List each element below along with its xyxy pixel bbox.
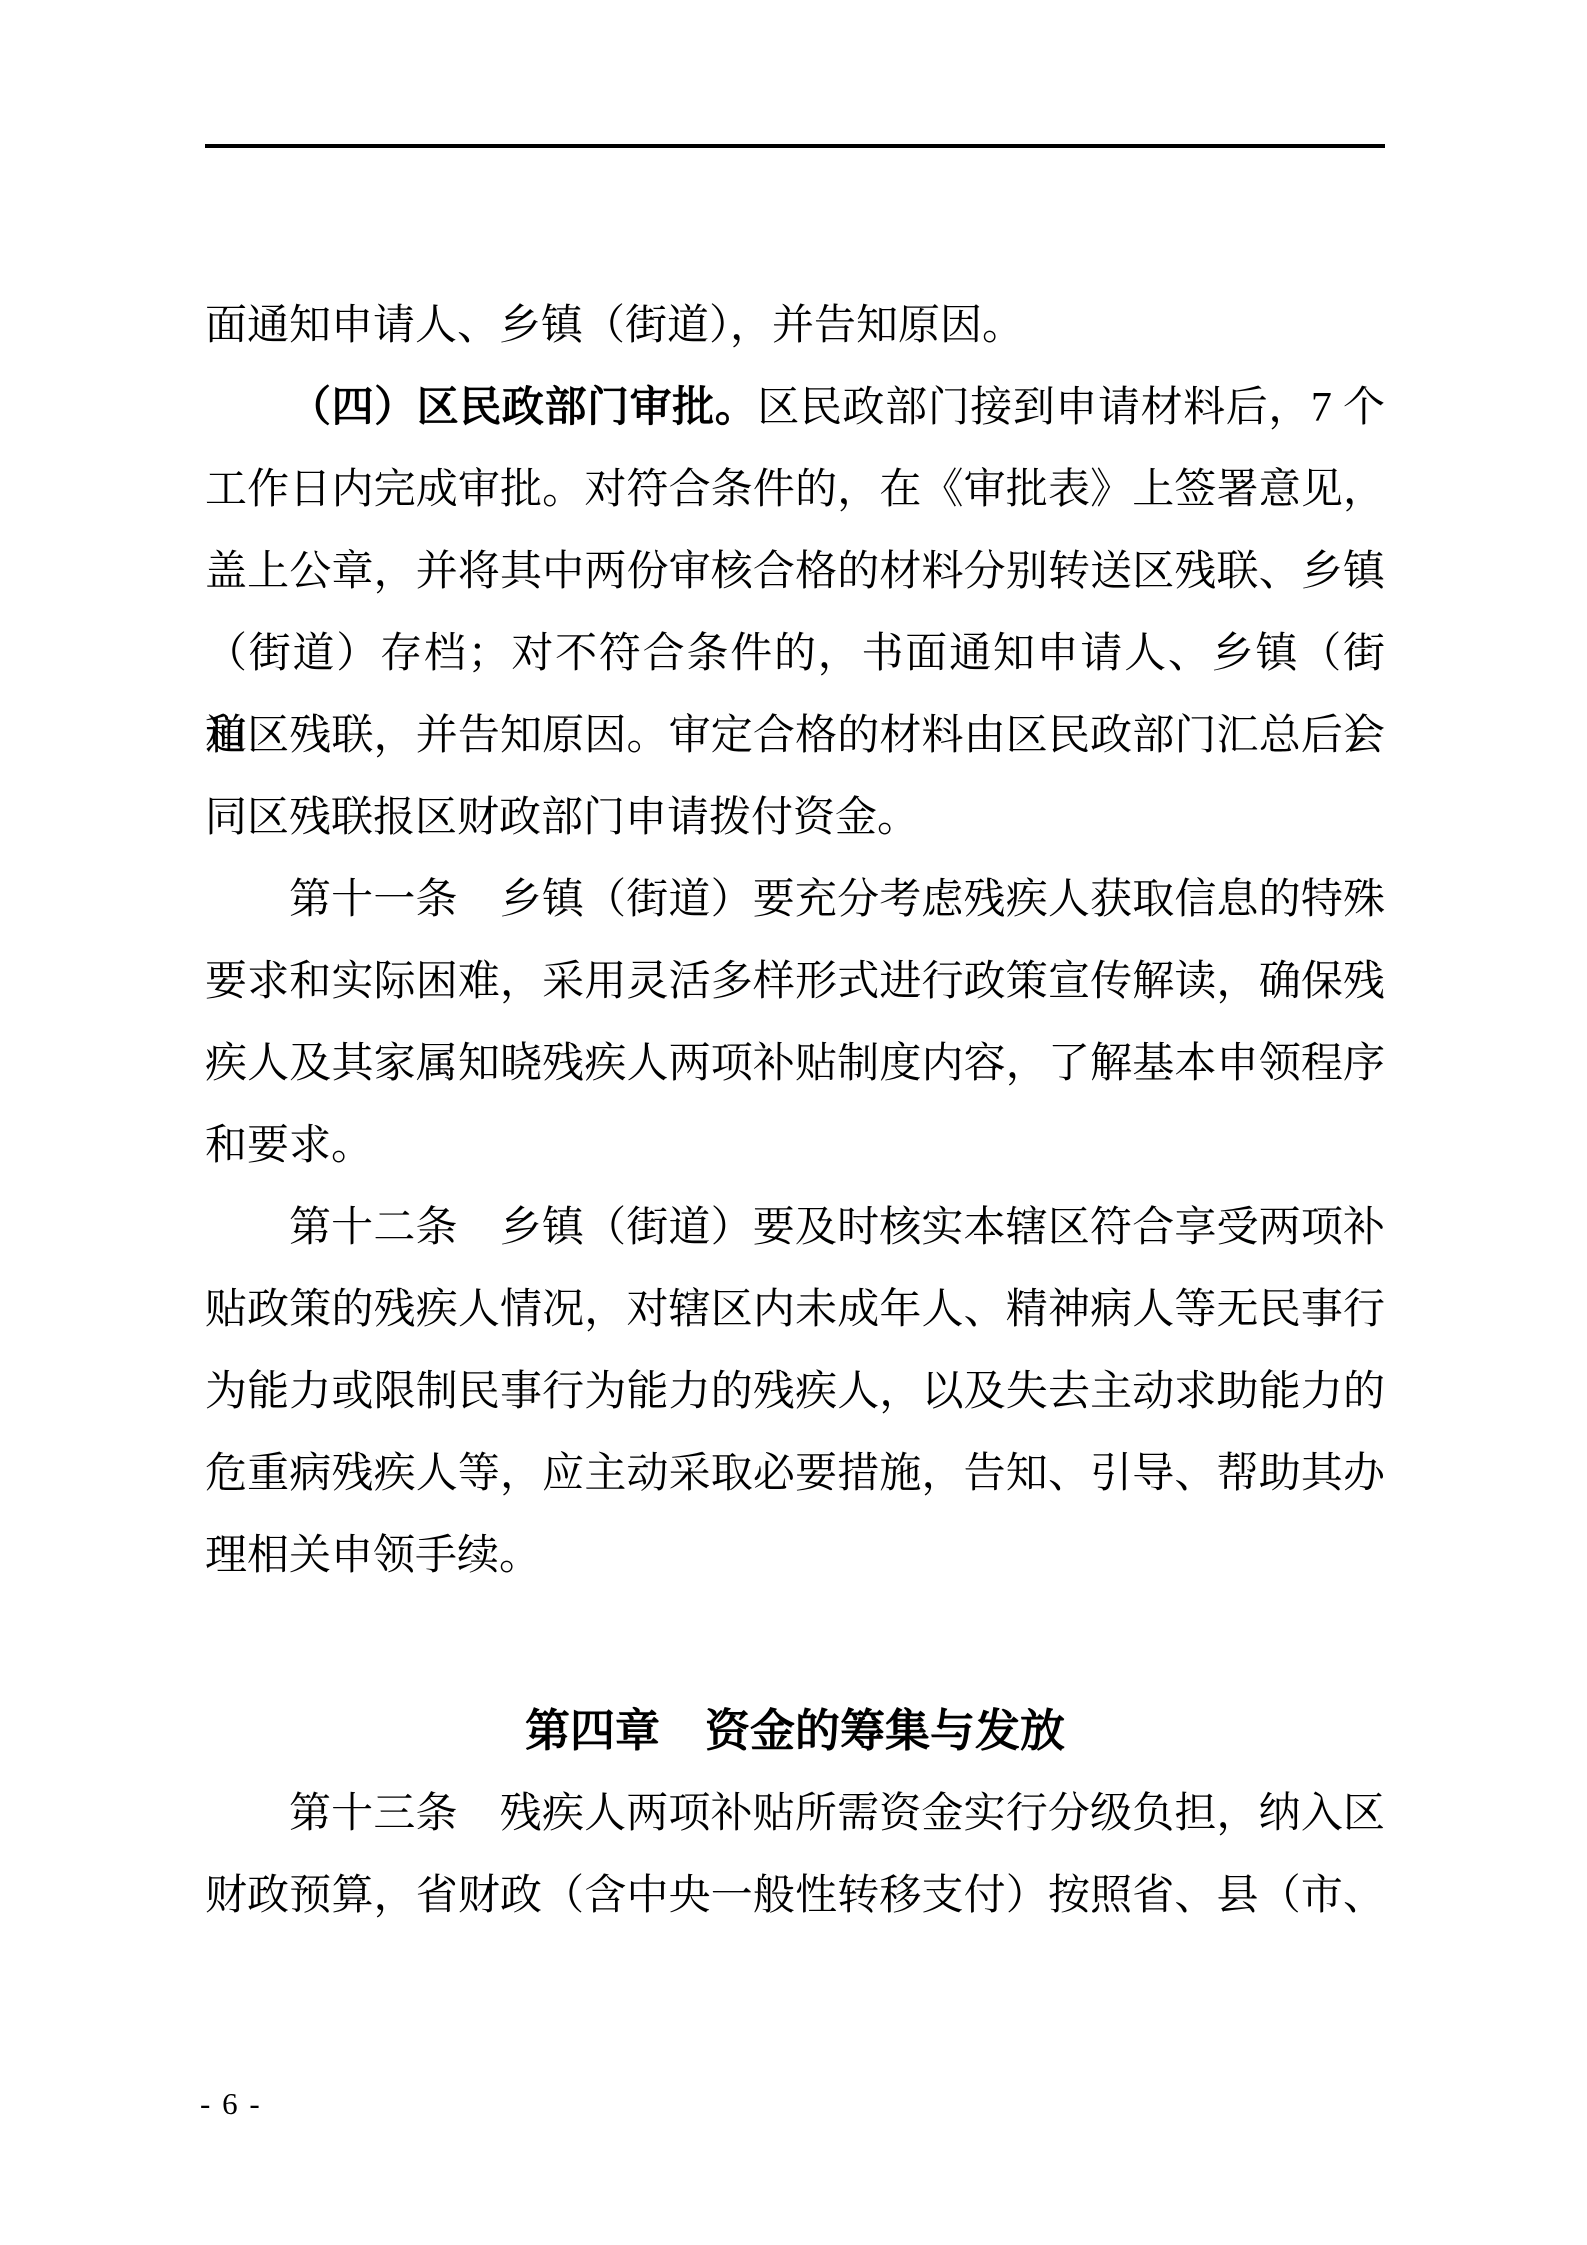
text-line: 和要求。 — [205, 1105, 1385, 1187]
text-run: 和区残联，并告知原因。审定合格的材料由区民政部门汇总后会 — [205, 713, 1385, 759]
text-run: 贴政策的残疾人情况，对辖区内未成年人、精神病人等无民事行 — [205, 1287, 1385, 1333]
text-run: 理相关申领手续。 — [205, 1533, 541, 1579]
header-rule — [205, 144, 1385, 148]
text-run: 第十一条 乡镇（街道）要充分考虑残疾人获取信息的特殊 — [289, 877, 1385, 923]
text-run: 疾人及其家属知晓残疾人两项补贴制度内容，了解基本申领程序 — [205, 1041, 1385, 1087]
text-run: 要求和实际困难，采用灵活多样形式进行政策宣传解读，确保残 — [205, 959, 1385, 1005]
text-line: 要求和实际困难，采用灵活多样形式进行政策宣传解读，确保残 — [205, 941, 1385, 1023]
bold-text-run: （四）区民政部门审批。 — [289, 385, 757, 431]
text-run: 第十三条 残疾人两项补贴所需资金实行分级负担，纳入区 — [289, 1791, 1385, 1837]
text-line: 同区残联报区财政部门申请拨付资金。 — [205, 777, 1385, 859]
text-line: 盖上公章，并将其中两份审核合格的材料分别转送区残联、乡镇 — [205, 531, 1385, 613]
text-line: 贴政策的残疾人情况，对辖区内未成年人、精神病人等无民事行 — [205, 1269, 1385, 1351]
text-run: 和要求。 — [205, 1123, 373, 1169]
text-run: 财政预算，省财政（含中央一般性转移支付）按照省、县（市、 — [205, 1873, 1385, 1919]
text-line: 和区残联，并告知原因。审定合格的材料由区民政部门汇总后会 — [205, 695, 1385, 777]
text-run: 同区残联报区财政部门申请拨付资金。 — [205, 795, 919, 841]
text-run: 盖上公章，并将其中两份审核合格的材料分别转送区残联、乡镇 — [205, 549, 1385, 595]
text-line: 理相关申领手续。 — [205, 1515, 1385, 1597]
text-line: 面通知申请人、乡镇（街道），并告知原因。 — [205, 285, 1385, 367]
text-run: 区民政部门接到申请材料后，7 个 — [757, 385, 1385, 431]
text-line: 第十一条 乡镇（街道）要充分考虑残疾人获取信息的特殊 — [205, 859, 1385, 941]
text-line: 疾人及其家属知晓残疾人两项补贴制度内容，了解基本申领程序 — [205, 1023, 1385, 1105]
text-run: 工作日内完成审批。对符合条件的，在《审批表》上签署意见， — [205, 467, 1385, 513]
text-line: 危重病残疾人等，应主动采取必要措施，告知、引导、帮助其办 — [205, 1433, 1385, 1515]
page-number: - 6 - — [200, 2086, 262, 2122]
document-body-bottom: 第十三条 残疾人两项补贴所需资金实行分级负担，纳入区财政预算，省财政（含中央一般… — [205, 1773, 1385, 1937]
text-run: 面通知申请人、乡镇（街道），并告知原因。 — [205, 303, 1024, 349]
text-run: 第十二条 乡镇（街道）要及时核实本辖区符合享受两项补 — [289, 1205, 1385, 1251]
document-page: 面通知申请人、乡镇（街道），并告知原因。（四）区民政部门审批。区民政部门接到申请… — [0, 0, 1587, 2245]
document-body-top: 面通知申请人、乡镇（街道），并告知原因。（四）区民政部门审批。区民政部门接到申请… — [205, 285, 1385, 1597]
text-line: （街道）存档；对不符合条件的，书面通知申请人、乡镇（街道） — [205, 613, 1385, 695]
text-line: 第十二条 乡镇（街道）要及时核实本辖区符合享受两项补 — [205, 1187, 1385, 1269]
text-line: 工作日内完成审批。对符合条件的，在《审批表》上签署意见， — [205, 449, 1385, 531]
text-run: 为能力或限制民事行为能力的残疾人，以及失去主动求助能力的 — [205, 1369, 1385, 1415]
chapter-heading: 第四章 资金的筹集与发放 — [205, 1690, 1385, 1772]
text-line: 第十三条 残疾人两项补贴所需资金实行分级负担，纳入区 — [205, 1773, 1385, 1855]
text-run: 危重病残疾人等，应主动采取必要措施，告知、引导、帮助其办 — [205, 1451, 1385, 1497]
text-line: 财政预算，省财政（含中央一般性转移支付）按照省、县（市、 — [205, 1855, 1385, 1937]
text-line: （四）区民政部门审批。区民政部门接到申请材料后，7 个 — [205, 367, 1385, 449]
text-line: 为能力或限制民事行为能力的残疾人，以及失去主动求助能力的 — [205, 1351, 1385, 1433]
